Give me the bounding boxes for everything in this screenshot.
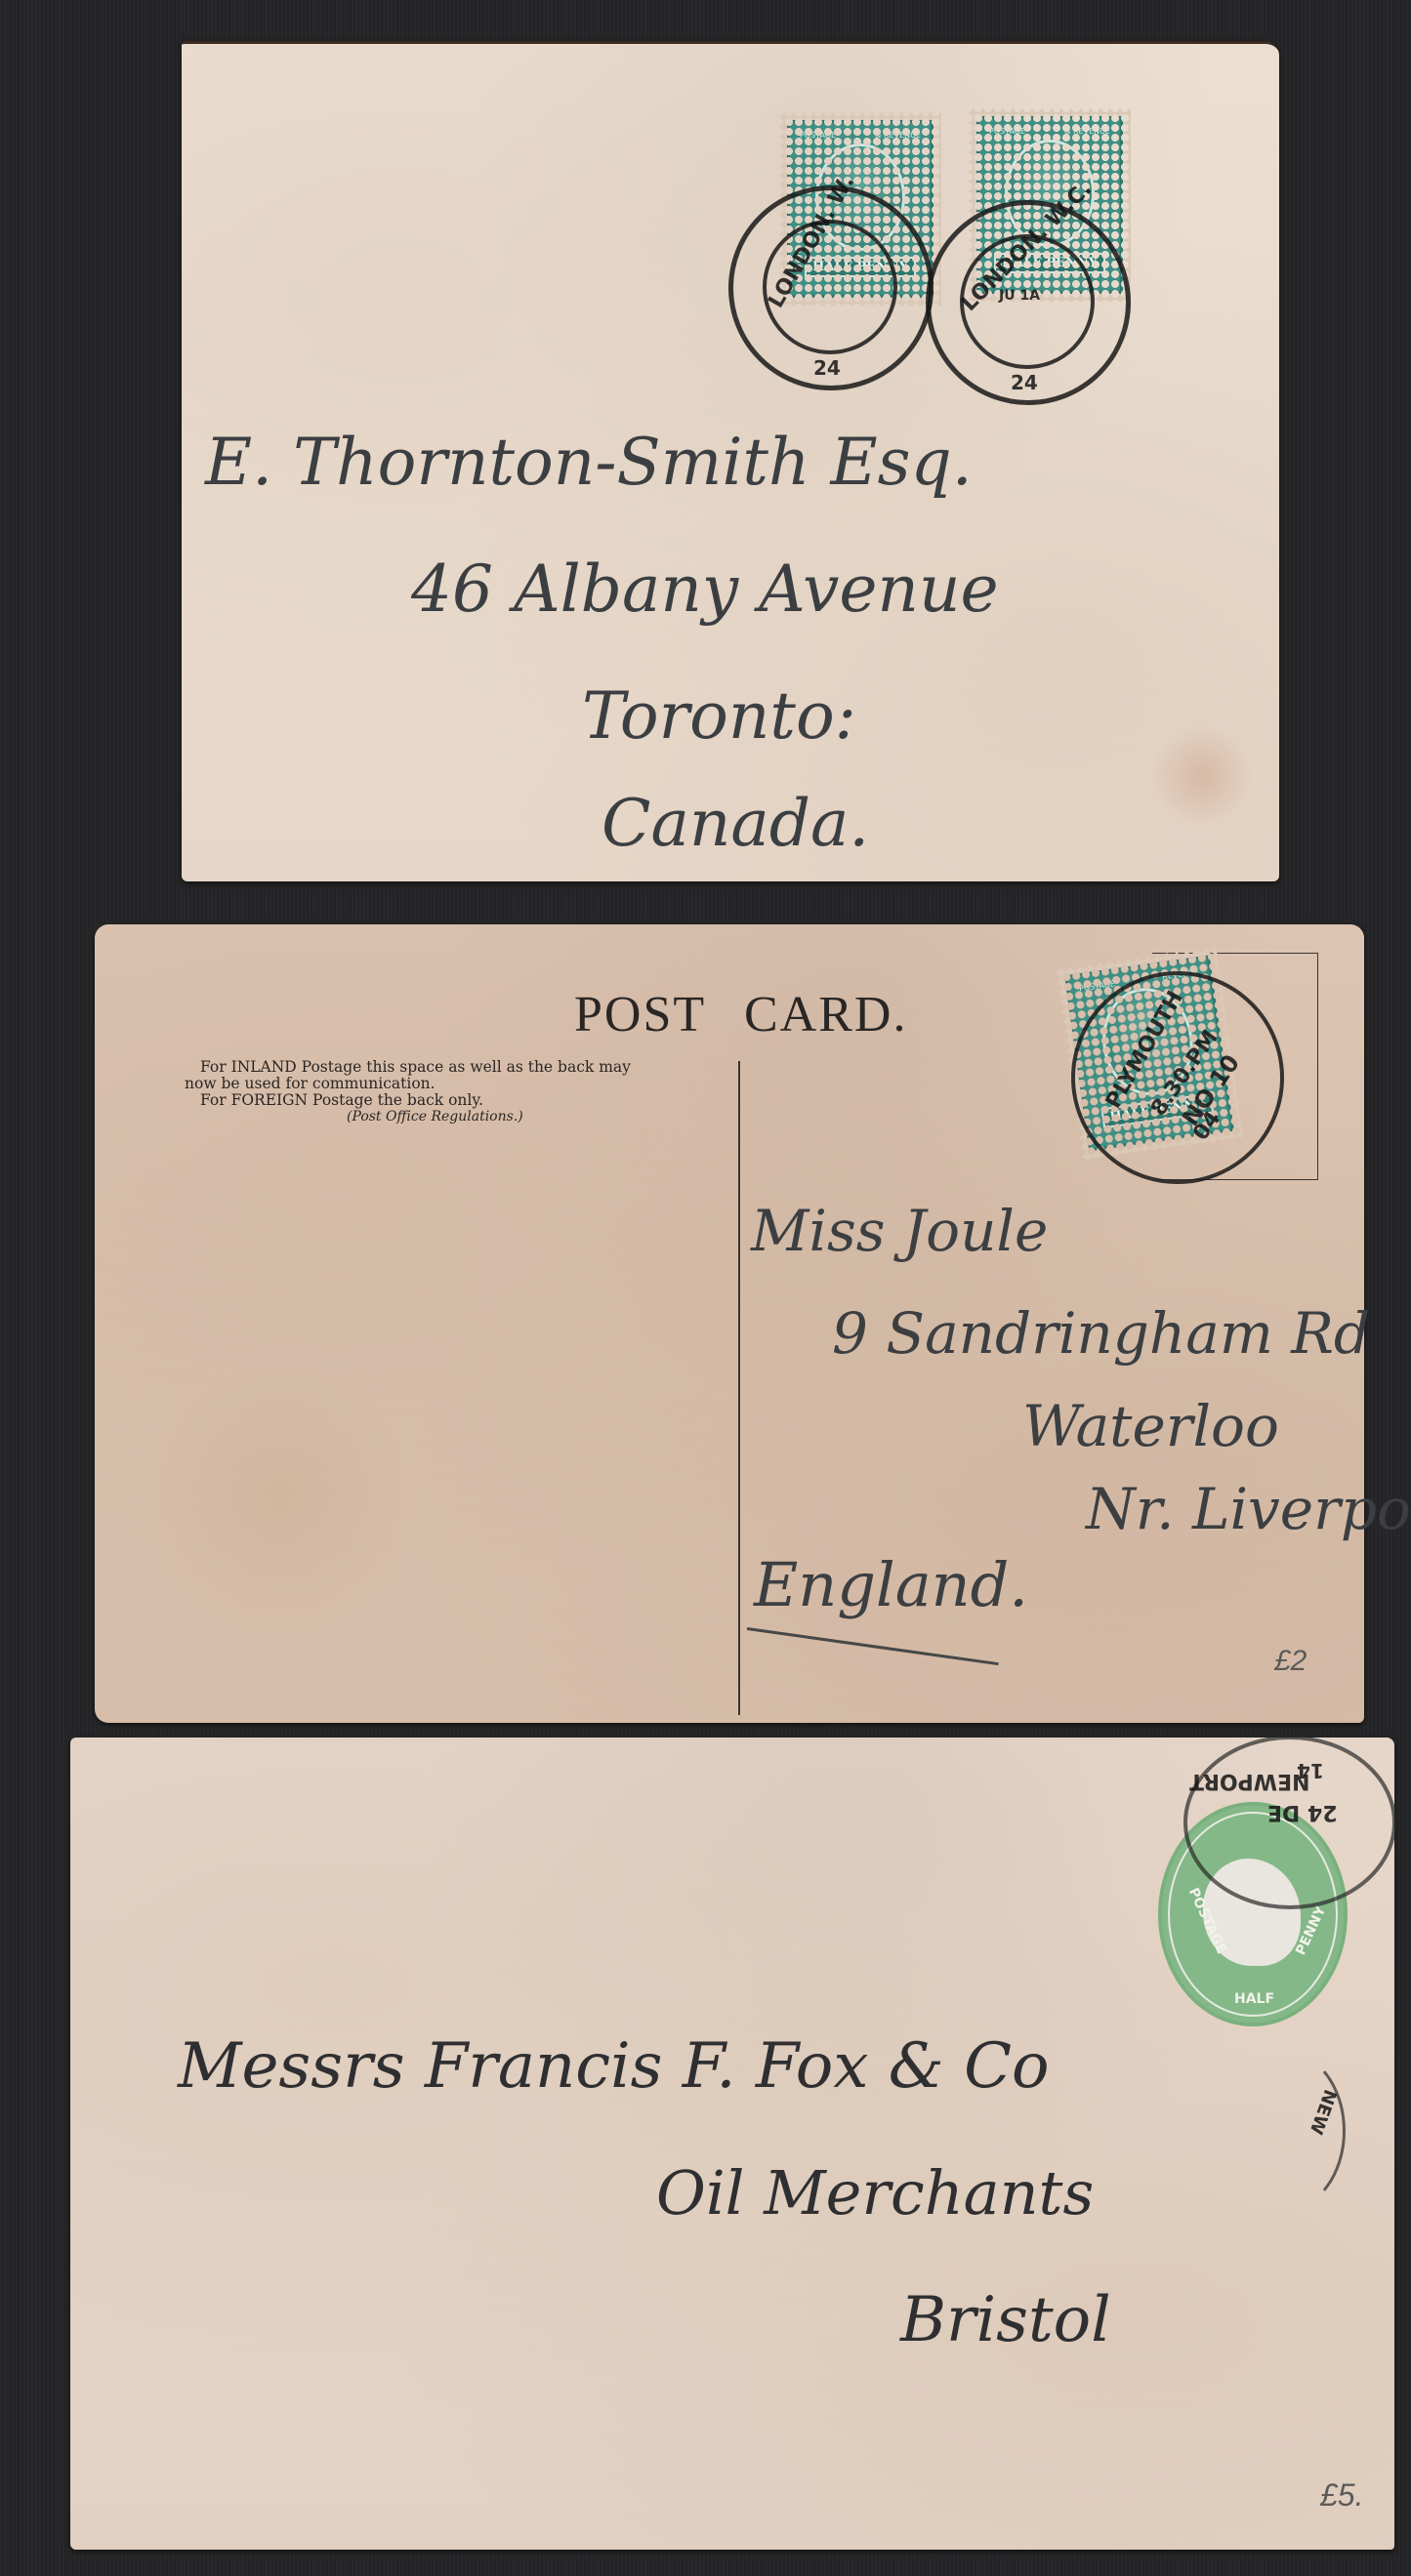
envelope-bristol: POSTAGE HALF PENNY NEWPORT 24 DE 14 NEW … <box>70 1738 1394 2550</box>
address-line-trade: Oil Merchants <box>656 2157 1094 2228</box>
envelope-toronto: POSTAGE& REVENUE HALF PENNY POSTAGE& REV… <box>182 41 1279 881</box>
postcard-notice: For INLAND Postage this space as well as… <box>200 1059 631 1125</box>
postmark-london-w: LONDON. W. 24 <box>728 185 934 390</box>
postcard-divider-line <box>738 1061 740 1715</box>
postcard-title-post: POST <box>574 986 706 1043</box>
pencil-price: £5. <box>1320 2477 1363 2514</box>
address-line-city: Nr. Liverpool <box>1086 1476 1411 1542</box>
address-line-city: Toronto: <box>582 678 856 754</box>
stamp-box-right <box>1317 953 1318 1179</box>
postmark-london-wc: LONDON. W.C. JU 1A 24 <box>926 200 1131 405</box>
address-line-country: England. <box>754 1549 1028 1620</box>
address-line-country: Canada. <box>602 786 869 861</box>
postmark-newport: NEWPORT 24 DE 14 <box>1183 1736 1396 1909</box>
address-line-street: 46 Albany Avenue <box>411 552 999 627</box>
postmark-plymouth: PLYMOUTH 8.30.PM NO 10 04 <box>1071 971 1284 1184</box>
address-line-town: Waterloo <box>1022 1393 1279 1459</box>
backstamp-fragment: NEW <box>1223 2050 1346 2212</box>
address-line-city: Bristol <box>900 2284 1111 2356</box>
postcard-title-card: CARD. <box>744 986 907 1043</box>
postcard-liverpool: POST CARD. For INLAND Postage this space… <box>95 924 1364 1723</box>
underline-flourish <box>747 1627 999 1665</box>
foxing-stain <box>134 1354 427 1647</box>
pencil-price: £2 <box>1274 1645 1307 1678</box>
address-line-name: E. Thornton-Smith Esq. <box>205 425 973 500</box>
address-line-street: 9 Sandringham Rd <box>832 1300 1370 1367</box>
address-line-name: Miss Joule <box>751 1198 1048 1264</box>
address-line-company: Messrs Francis F. Fox & Co <box>178 2030 1050 2103</box>
foxing-stain <box>1148 717 1256 835</box>
